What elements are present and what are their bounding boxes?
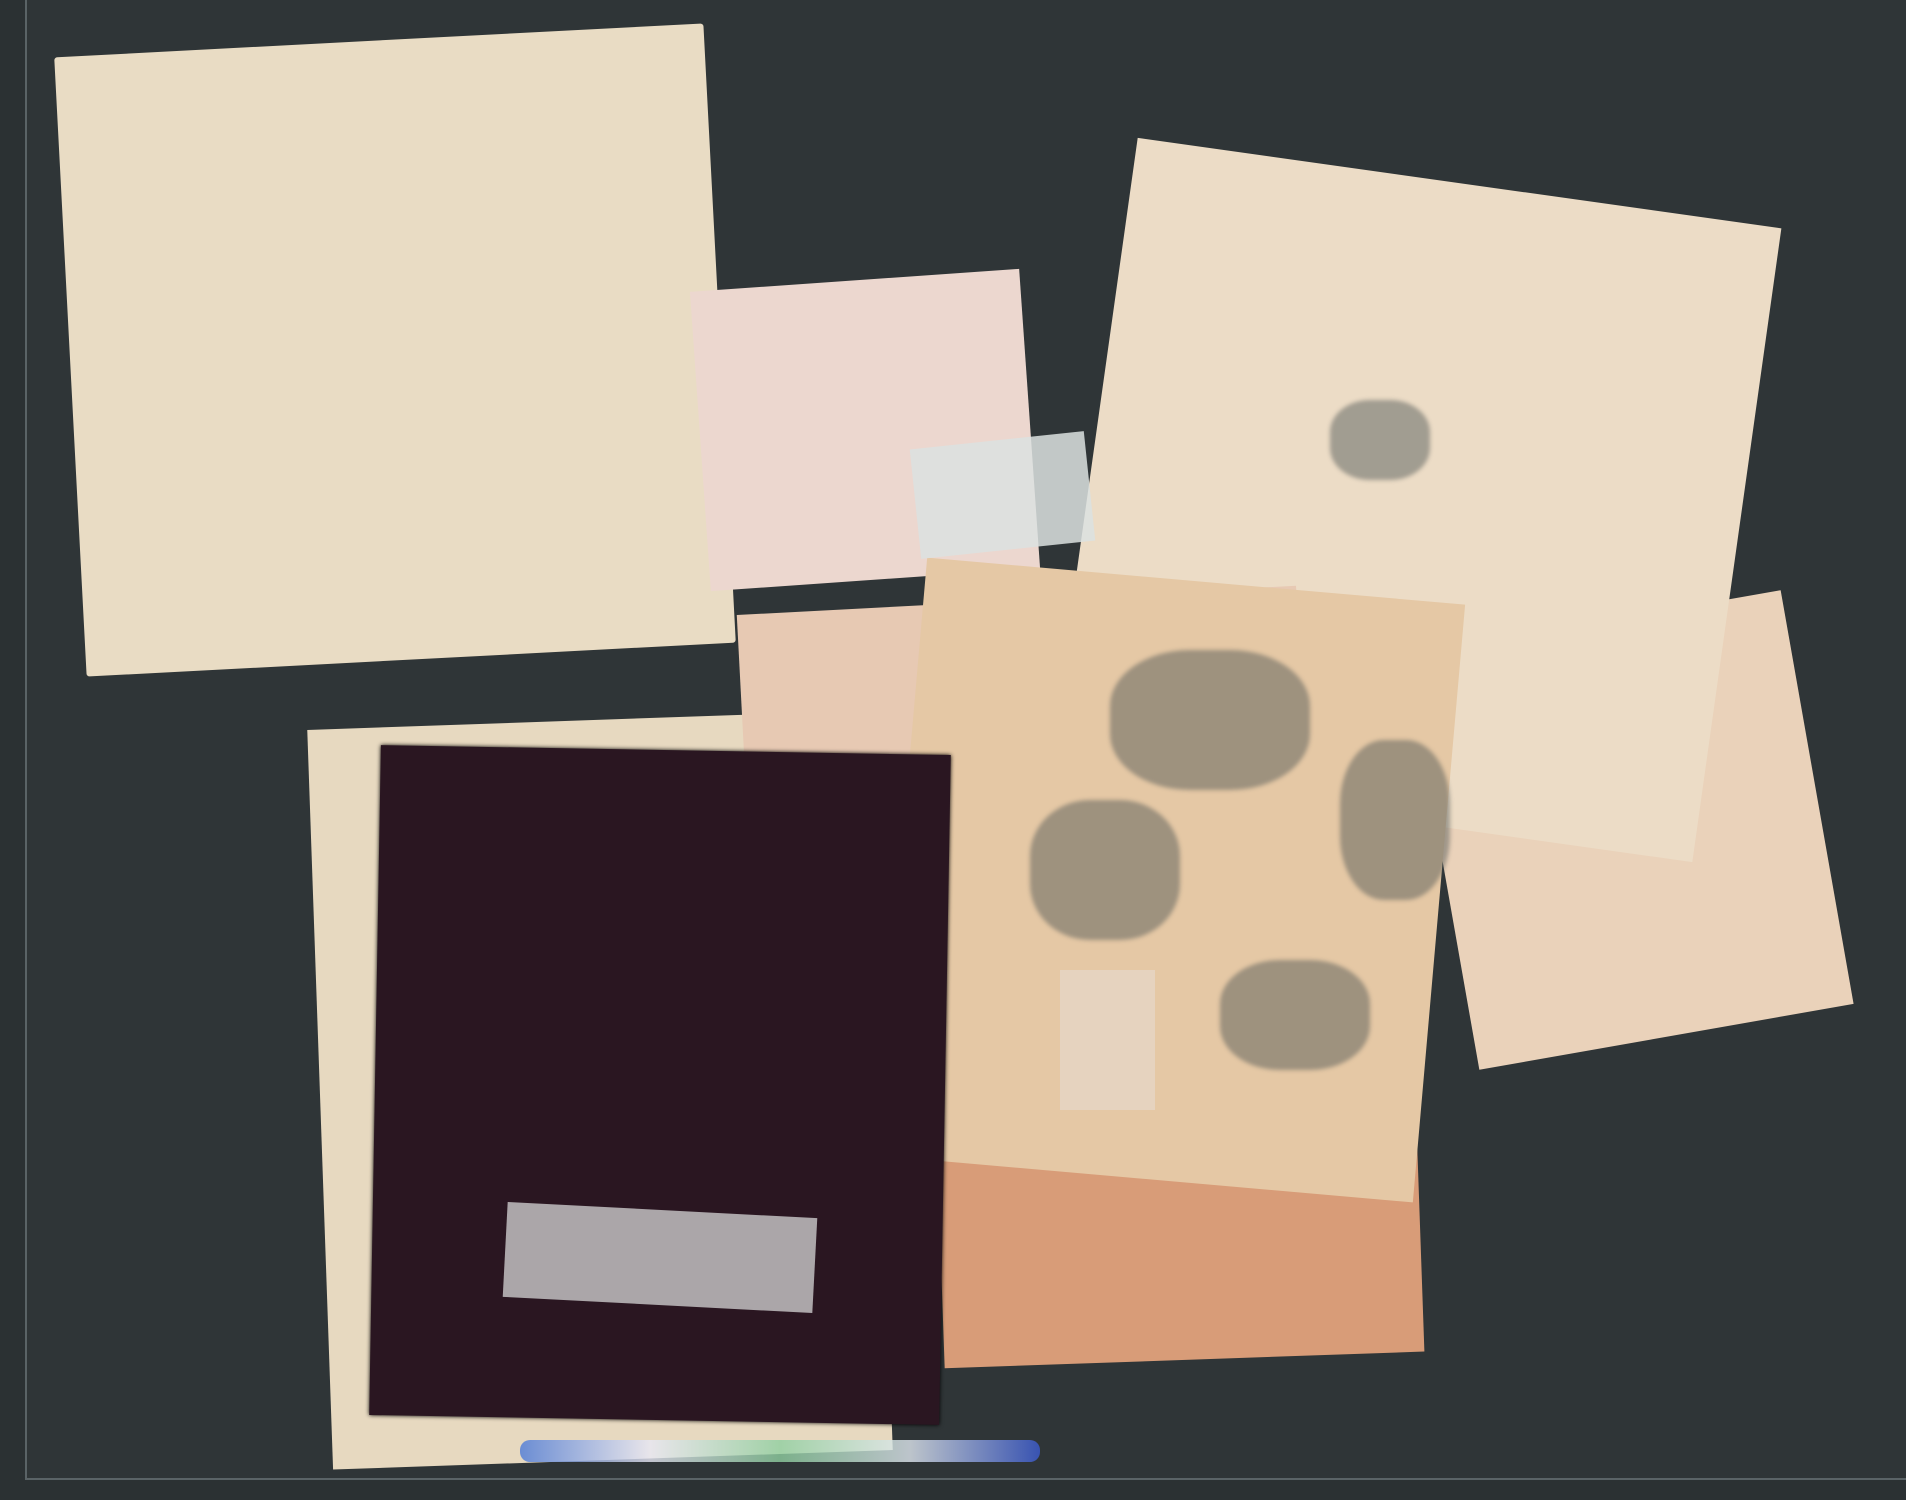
light-glare (520, 1440, 1040, 1462)
ink-stain (1220, 960, 1370, 1070)
tape-strip (503, 1202, 818, 1313)
ink-stain (1030, 800, 1180, 940)
ink-stain (1340, 740, 1450, 900)
ink-stain (1330, 400, 1430, 480)
ink-stain (1110, 650, 1310, 790)
tape-strip (1060, 970, 1155, 1110)
image-description: Photograph of a pile of old postage stam… (0, 0, 1, 1)
dark-card (369, 745, 951, 1425)
tape-strip (910, 431, 1096, 559)
stamp-back-large-top-left (54, 23, 736, 676)
